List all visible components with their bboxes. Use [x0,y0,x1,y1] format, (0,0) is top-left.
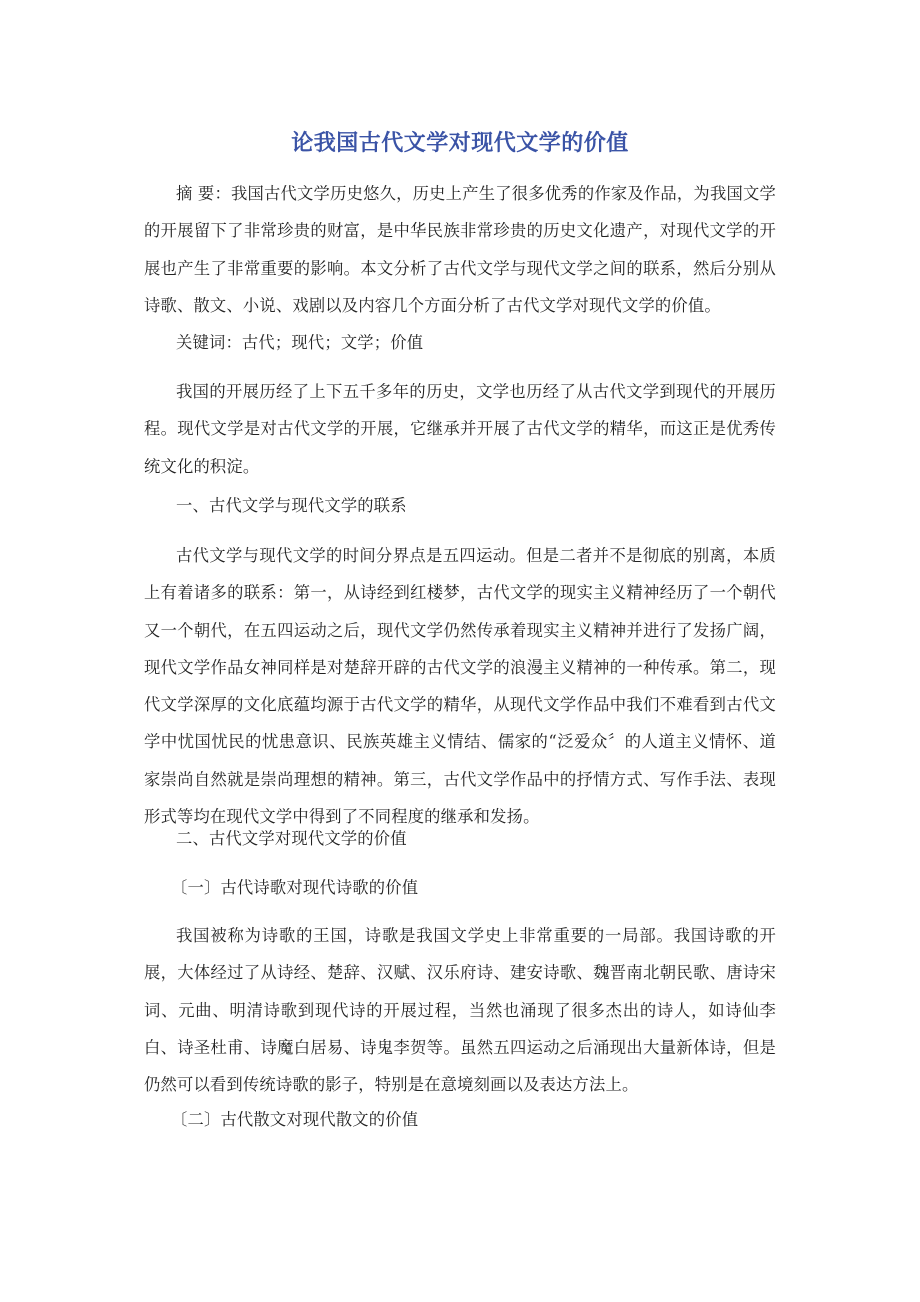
section-1-body: 古代文学与现代文学的时间分界点是五四运动。但是二者并不是彻底的别离，本质上有着诸… [144,537,776,835]
section-1-heading: 一、古代文学与现代文学的联系 [144,487,776,524]
subsection-1-body: 我国被称为诗歌的王国，诗歌是我国文学史上非常重要的一局部。我国诗歌的开展，大体经… [144,917,776,1103]
keywords-line: 关键词：古代；现代；文学；价值 [144,324,776,361]
subsection-2-heading: 〔二〕古代散文对现代散文的价值 [144,1101,776,1138]
document-title: 论我国古代文学对现代文学的价值 [144,126,776,157]
intro-paragraph: 我国的开展历经了上下五千多年的历史，文学也历经了从古代文学到现代的开展历程。现代… [144,373,776,485]
abstract-paragraph: 摘 要：我国古代文学历史悠久，历史上产生了很多优秀的作家及作品，为我国文学的开展… [144,175,776,324]
section-2-heading: 二、古代文学对现代文学的价值 [144,820,776,857]
subsection-1-heading: 〔一〕古代诗歌对现代诗歌的价值 [144,869,776,906]
